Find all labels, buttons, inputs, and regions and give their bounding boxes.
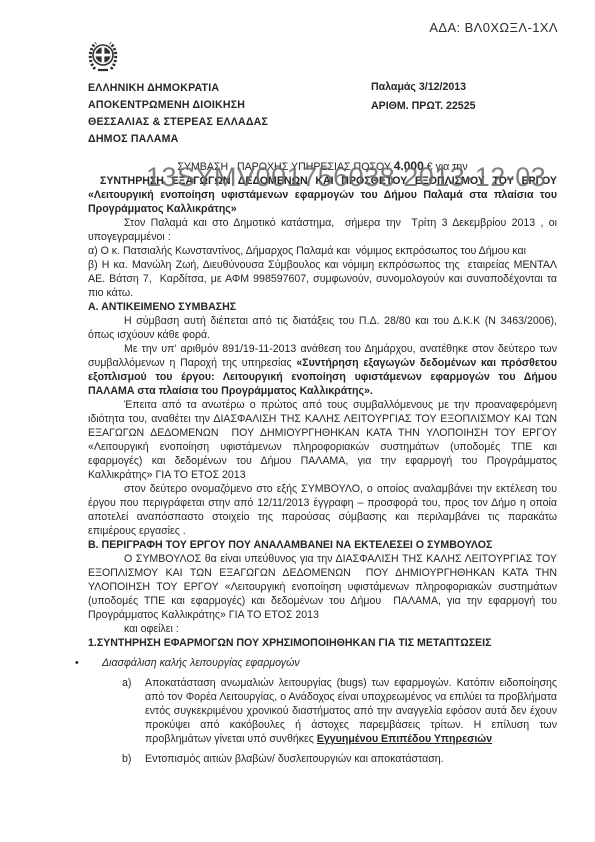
section-a-paragraph-3: Έπειτα από τα ανωτέρω ο πρώτος από τους …	[88, 398, 557, 482]
party-a-line: α) Ο κ. Πατσιαλής Κωνσταντίνος, Δήμαρχος…	[88, 244, 557, 258]
registry-watermark-code: 13SYMV001756038 2013-12-03	[146, 162, 546, 193]
org-line-administration: ΑΠΟΚΕΝΤΡΩΜΕΝΗ ΔΙΟΙΚΗΣΗ	[88, 97, 268, 114]
issuing-authority-block: ΕΛΛΗΝΙΚΗ ΔΗΜΟΚΡΑΤΙΑ ΑΠΟΚΕΝΤΡΩΜΕΝΗ ΔΙΟΙΚΗ…	[88, 80, 268, 148]
list-item-b: b) Εντοπισμός αιτιών βλαβών/ δυσλειτουργ…	[88, 752, 557, 766]
section-1-heading: 1.ΣΥΝΤΗΡΗΣΗ ΕΦΑΡΜΟΓΩΝ ΠΟΥ ΧΡΗΣΙΜΟΠΟΙΗΘΗΚ…	[88, 636, 557, 650]
list-item-a: a) Αποκατάσταση ανωμαλιών λειτουργίας (b…	[88, 676, 557, 746]
section-a-heading: Α. ΑΝΤΙΚΕΙΜΕΝΟ ΣΥΜΒΑΣΗΣ	[88, 300, 557, 314]
document-date: Παλαμάς 3/12/2013	[371, 81, 475, 93]
document-page: ΑΔΑ: ΒΛ0ΧΩΞΛ-1ΧΛ ΕΛΛΗΝΙΚΗ ΔΗΜΟΚΡΑΤΙΑ ΑΠΟ…	[0, 0, 595, 842]
intro-paragraph: Στον Παλαμά και στο Δημοτικό κατάστημα, …	[88, 216, 557, 244]
greek-coat-of-arms-icon	[86, 39, 120, 75]
bullet-icon: •	[75, 656, 102, 670]
ada-code: ΑΔΑ: ΒΛ0ΧΩΞΛ-1ΧΛ	[0, 20, 558, 35]
section-b-paragraph-1: Ο ΣΥΜΒΟΥΛΟΣ θα είναι υπεύθυνος για την Δ…	[88, 552, 557, 622]
date-protocol-block: Παλαμάς 3/12/2013 ΑΡΙΘΜ. ΠΡΩΤ. 22525	[371, 81, 475, 112]
org-line-municipality: ΔΗΜΟΣ ΠΑΛΑΜΑ	[88, 131, 268, 148]
org-line-republic: ΕΛΛΗΝΙΚΗ ΔΗΜΟΚΡΑΤΙΑ	[88, 80, 268, 97]
bullet-text: Διασφάλιση καλής λειτουργίας εφαρμογών	[102, 656, 300, 670]
list-item-b-text: Εντοπισμός αιτιών βλαβών/ δυσλειτουργιών…	[145, 752, 557, 766]
section-1-bullet-item: • Διασφάλιση καλής λειτουργίας εφαρμογών	[75, 656, 557, 670]
list-item-a-emphasis: Εγγυημένου Επιπέδου Υπηρεσιών	[317, 733, 492, 745]
org-line-region: ΘΕΣΣΑΛΙΑΣ & ΣΤΕΡΕΑΣ ΕΛΛΑΔΑΣ	[88, 114, 268, 131]
section-a-paragraph-4: στον δεύτερο ονομαζόμενο στο εξής ΣΥΜΒΟΥ…	[88, 482, 557, 538]
list-item-a-text: Αποκατάσταση ανωμαλιών λειτουργίας (bugs…	[145, 676, 557, 746]
section-a-paragraph-2: Με την υπ' αριθμόν 891/19-11-2013 ανάθεσ…	[88, 342, 557, 398]
party-b-line: β) Η κα. Μανώλη Ζωή, Διευθύνουσα Σύμβουλ…	[88, 258, 557, 300]
section-b-paragraph-2: και οφείλει :	[88, 622, 557, 636]
document-body: ΣΥΜΒΑΣΗ ΠΑΡΟΧΗΣ ΥΠΗΡΕΣΙΑΣ ΠΟΣΟΥ 4.000 € …	[88, 159, 557, 766]
protocol-number: ΑΡΙΘΜ. ΠΡΩΤ. 22525	[371, 100, 475, 112]
list-item-b-label: b)	[122, 752, 145, 766]
section-a-paragraph-1: Η σύμβαση αυτή διέπεται από τις διατάξει…	[88, 314, 557, 342]
section-b-heading: Β. ΠΕΡΙΓΡΑΦΗ ΤΟΥ ΕΡΓΟΥ ΠΟΥ ΑΝΑΛΑΜΒΑΝΕΙ Ν…	[88, 538, 557, 552]
list-item-a-label: a)	[122, 676, 145, 746]
